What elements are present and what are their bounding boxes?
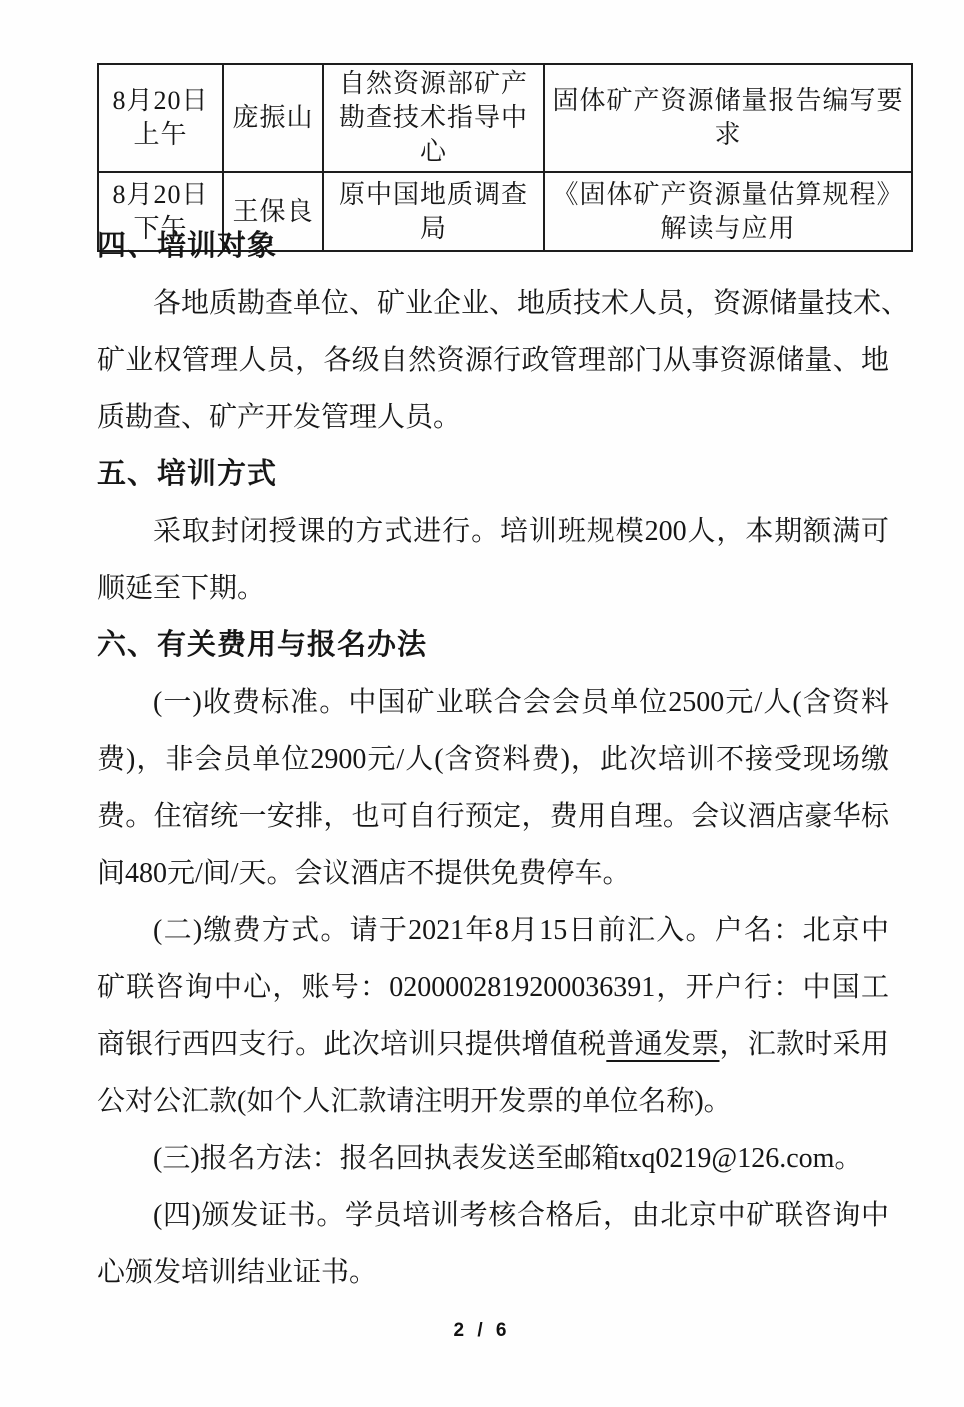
section-heading-training-method: 五、培训方式: [97, 446, 889, 503]
cell-datetime: 8月20日 上午: [98, 64, 223, 172]
body-line: 质勘查、矿产开发管理人员。: [97, 389, 889, 446]
date-text: 8月20日: [104, 178, 217, 212]
section-heading-fees-registration: 六、有关费用与报名办法: [97, 617, 889, 674]
document-page: 8月20日 上午 庞振山 自然资源部矿产勘查技术指导中心 固体矿产资源储量报告编…: [0, 0, 964, 1407]
body-line: 采取封闭授课的方式进行。培训班规模200人，本期额满可: [97, 503, 889, 560]
table-row: 8月20日 上午 庞振山 自然资源部矿产勘查技术指导中心 固体矿产资源储量报告编…: [98, 64, 912, 172]
session-text: 上午: [104, 118, 217, 152]
body-line: 间480元/间/天。会议酒店不提供免费停车。: [97, 845, 889, 902]
body-line: 费。住宿统一安排，也可自行预定，费用自理。会议酒店豪华标: [97, 788, 889, 845]
body-line: (一)收费标准。中国矿业联合会会员单位2500元/人(含资料: [97, 674, 889, 731]
body-line: 心颁发培训结业证书。: [97, 1244, 889, 1301]
body-line-invoice: 商银行西四支行。此次培训只提供增值税普通发票，汇款时采用: [97, 1016, 889, 1073]
body-line-account-number: 矿联咨询中心，账号：0200002819200036391，开户行：中国工: [97, 959, 889, 1016]
body-line: 各地质勘查单位、矿业企业、地质技术人员，资源储量技术、: [97, 275, 889, 332]
body-line: 费)，非会员单位2900元/人(含资料费)，此次培训不接受现场缴: [97, 731, 889, 788]
section-heading-training-target: 四、培训对象: [97, 218, 889, 275]
invoice-line-pre: 商银行西四支行。此次培训只提供增值税: [97, 1029, 606, 1060]
body-line: 顺延至下期。: [97, 560, 889, 617]
page-number: 2 / 6: [0, 1320, 964, 1342]
invoice-type-underlined: 普通发票: [606, 1029, 719, 1060]
body-line: 矿业权管理人员，各级自然资源行政管理部门从事资源储量、地: [97, 332, 889, 389]
cell-topic: 固体矿产资源储量报告编写要求: [544, 64, 912, 172]
date-text: 8月20日: [104, 84, 217, 118]
cell-organization: 自然资源部矿产勘查技术指导中心: [323, 64, 544, 172]
body-line: (四)颁发证书。学员培训考核合格后，由北京中矿联咨询中: [97, 1187, 889, 1244]
document-body: 四、培训对象 各地质勘查单位、矿业企业、地质技术人员，资源储量技术、 矿业权管理…: [97, 218, 889, 1301]
body-line: (二)缴费方式。请于2021年8月15日前汇入。户名：北京中: [97, 902, 889, 959]
body-line: 公对公汇款(如个人汇款请注明开发票的单位名称)。: [97, 1073, 889, 1130]
invoice-line-post: ，汇款时采用: [720, 1029, 889, 1060]
body-line-registration-email: (三)报名方法：报名回执表发送至邮箱txq0219@126.com。: [97, 1130, 889, 1187]
cell-speaker: 庞振山: [223, 64, 323, 172]
